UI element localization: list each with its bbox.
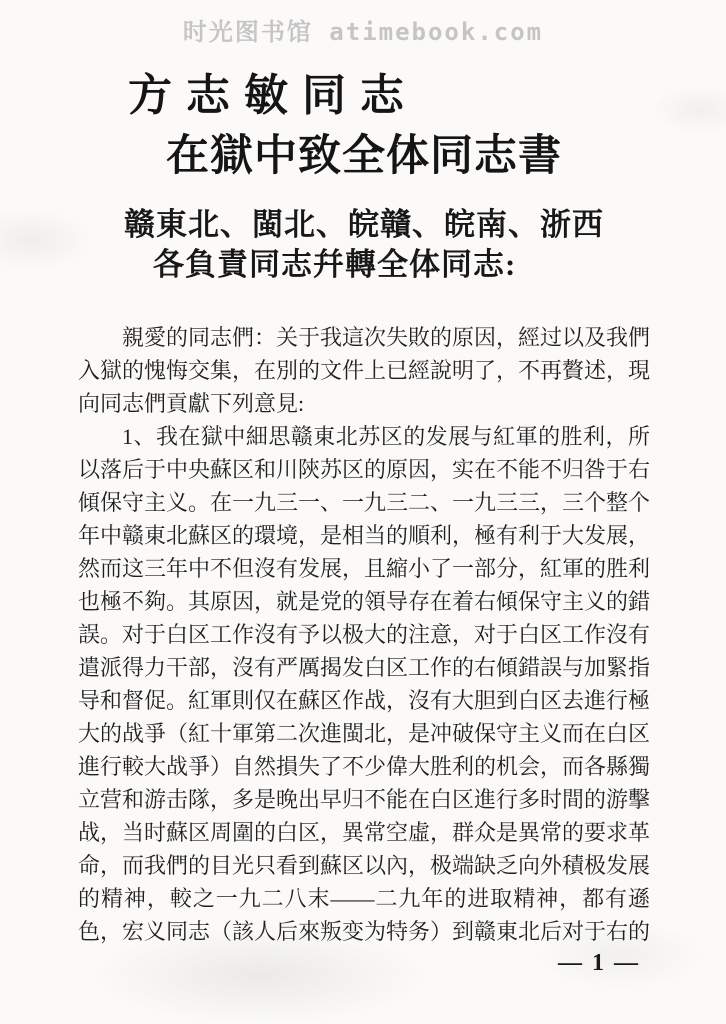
- body-text-line: 遣派得力干部，沒有严厲揭发白区工作的右傾錯誤与加緊指: [78, 651, 650, 684]
- body-text-line: 色，宏义同志（該人后來叛变为特务）到赣東北后对于右的: [78, 915, 650, 948]
- body-text-line: 1、我在獄中細思赣東北苏区的发展与紅軍的胜利，所: [78, 420, 650, 453]
- salutation-line2: 各負責同志幷轉全体同志:: [153, 245, 726, 285]
- body-text-line: 战，当时蘇区周圍的白区，異常空虛，群众是異常的要求革: [78, 816, 650, 849]
- page-number: — 1 —: [0, 950, 726, 977]
- body-text-line: 然而这三年中不但沒有发展，且縮小了一部分，紅軍的胜利: [78, 552, 650, 585]
- body-text-line: 导和督促。紅軍則仅在蘇区作战，沒有大胆到白区去進行極: [78, 684, 650, 717]
- document-body: 親愛的同志們：关于我這次失敗的原因，經过以及我們 入獄的愧悔交集，在別的文件上已…: [78, 321, 650, 948]
- document-title-line1: 方志敏同志: [128, 71, 726, 122]
- body-text-line: 也極不夠。其原因，就是党的領导存在着右傾保守主义的錯: [78, 585, 650, 618]
- body-text-line: 的精神，較之一九二八末——二九年的进取精神，都有遜: [78, 882, 650, 915]
- scanned-document-page: 时光图书馆 atimebook.com 方志敏同志 在獄中致全体同志書 赣東北、…: [0, 0, 726, 1024]
- salutation-line1: 赣東北、閩北、皖贛、皖南、浙西: [124, 205, 726, 245]
- body-text-line: 年中赣東北蘇区的環境，是相当的順利，極有利于大发展，: [78, 519, 650, 552]
- body-text-line: 進行較大战爭）自然損失了不少偉大胜利的机会，而各縣獨: [78, 750, 650, 783]
- body-text-line: 誤。对于白区工作沒有予以极大的注意，对于白区工作沒有: [78, 618, 650, 651]
- body-text-line: 以落后于中央蘇区和川陝苏区的原因，实在不能不归咎于右: [78, 453, 650, 486]
- body-text-line: 親愛的同志們：关于我這次失敗的原因，經过以及我們: [78, 321, 650, 354]
- body-text-line: 向同志們貢獻下列意見:: [78, 387, 650, 420]
- body-text-line: 傾保守主义。在一九三一、一九三二、一九三三，三个整个: [78, 486, 650, 519]
- body-text-line: 大的战爭（紅十軍第二次進閩北，是冲破保守主义而在白区: [78, 717, 650, 750]
- document-title-line2: 在獄中致全体同志書: [166, 132, 726, 181]
- library-watermark: 时光图书馆 atimebook.com: [0, 0, 726, 47]
- body-text-line: 命，而我們的目光只看到蘇区以內，极端缺乏向外積极发展: [78, 849, 650, 882]
- body-text-line: 立营和游击隊，多是晚出早归不能在白区進行多时間的游擊: [78, 783, 650, 816]
- body-text-line: 入獄的愧悔交集，在別的文件上已經說明了，不再贅述，現: [78, 354, 650, 387]
